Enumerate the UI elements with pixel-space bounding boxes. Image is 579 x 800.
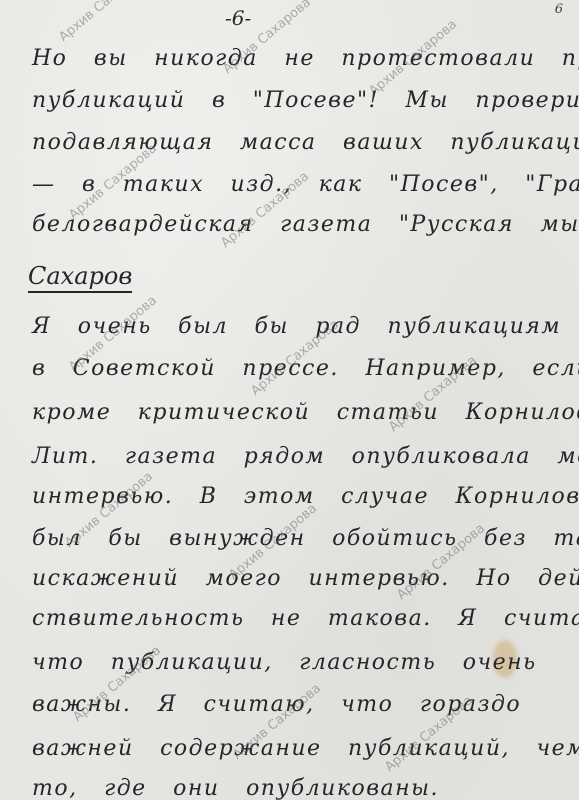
text-line: публикаций в "Посеве"! Мы проверили, что xyxy=(32,88,567,113)
text-line: то, где они опубликованы. xyxy=(32,776,567,800)
document-page: 6 -6- Но вы никогда не протестовали прот… xyxy=(0,0,579,800)
page-number-center: -6- xyxy=(225,6,251,30)
text-line: белогвардейская газета "Русская мысль". xyxy=(32,212,567,237)
watermark: Архив Сахарова xyxy=(56,0,150,45)
speaker-heading: Сахаров xyxy=(28,262,132,293)
text-line: важней содержание публикаций, чем xyxy=(32,736,567,761)
text-line: кроме критической статьи Корнилова xyxy=(32,400,567,425)
text-line: Лит. газета рядом опубликовала мое xyxy=(32,444,567,469)
text-line: подавляющая масса ваших публикаций — xyxy=(32,130,567,155)
page-number-corner: 6 xyxy=(555,2,563,17)
text-line: искажений моего интервью. Но дей- xyxy=(32,566,567,591)
text-line: Но вы никогда не протестовали против xyxy=(32,46,567,71)
text-line: что публикации, гласность очень xyxy=(32,650,567,675)
text-line: был бы вынужден обойтись без таких xyxy=(32,526,567,551)
text-line: ствительность не такова. Я считаю, xyxy=(32,606,567,631)
